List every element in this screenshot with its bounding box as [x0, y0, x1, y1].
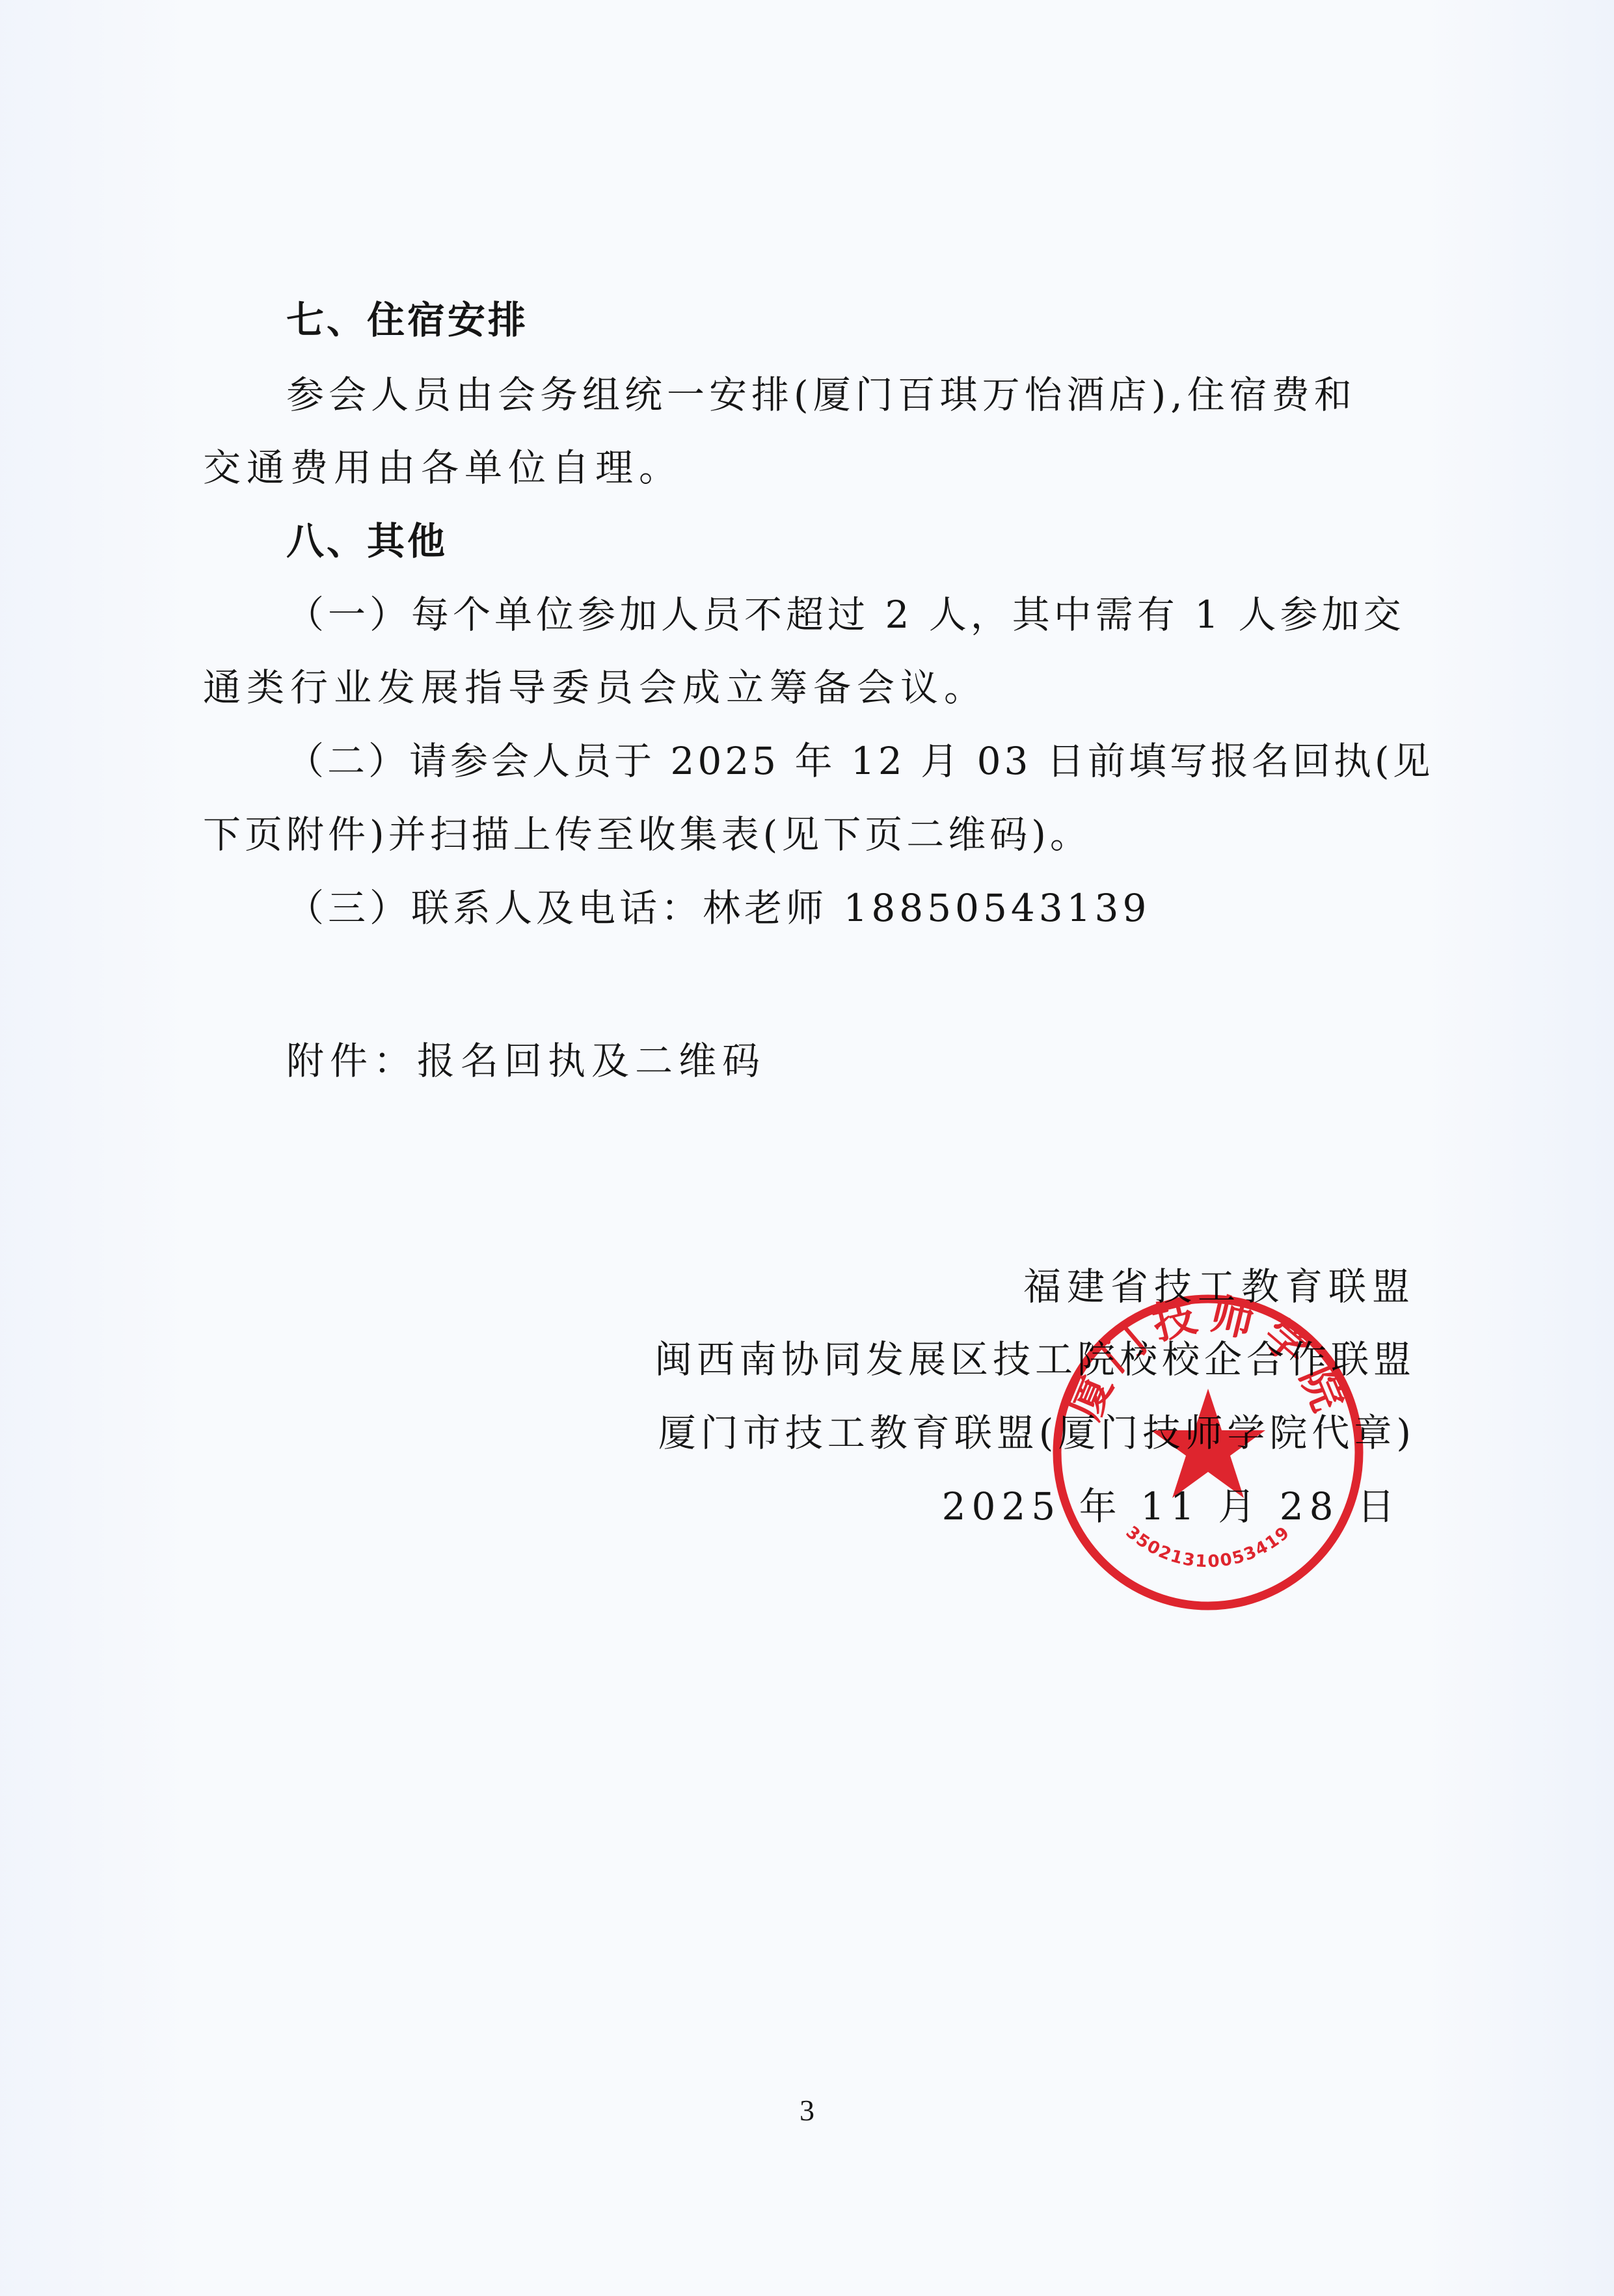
document-page: 七、住宿安排 参会人员由会务组统一安排(厦门百琪万怡酒店),住宿费和 交通费用由…	[0, 0, 1614, 2296]
other-item3-contact: （三）联系人及电话：林老师 18850543139	[286, 885, 1150, 931]
attachment-note: 附件：报名回执及二维码	[286, 1038, 766, 1084]
document-date: 2025 年 11 月 28 日	[942, 1484, 1401, 1529]
accommodation-paragraph-line1: 参会人员由会务组统一安排(厦门百琪万怡酒店),住宿费和	[286, 372, 1356, 418]
signatory-1: 福建省技工教育联盟	[1023, 1264, 1416, 1309]
section-heading-other: 八、其他	[286, 518, 448, 564]
signatory-3: 厦门市技工教育联盟(厦门技师学院代章)	[658, 1410, 1416, 1456]
other-item2-line1: （二）请参会人员于 2025 年 12 月 03 日前填写报名回执(见	[286, 738, 1433, 784]
other-item1-line2: 通类行业发展指导委员会成立筹备会议。	[203, 665, 988, 710]
other-item2-line2: 下页附件)并扫描上传至收集表(见下页二维码)。	[203, 812, 1092, 857]
section-heading-accommodation: 七、住宿安排	[286, 297, 528, 343]
signatory-2: 闽西南协同发展区技工院校校企合作联盟	[654, 1337, 1416, 1382]
other-item1-line1: （一）每个单位参加人员不超过 2 人，其中需有 1 人参加交	[286, 592, 1405, 637]
seal-serial-number: 35021310053419	[1122, 1523, 1295, 1572]
page-number: 3	[0, 2093, 1614, 2128]
accommodation-paragraph-line2: 交通费用由各单位自理。	[203, 445, 682, 490]
